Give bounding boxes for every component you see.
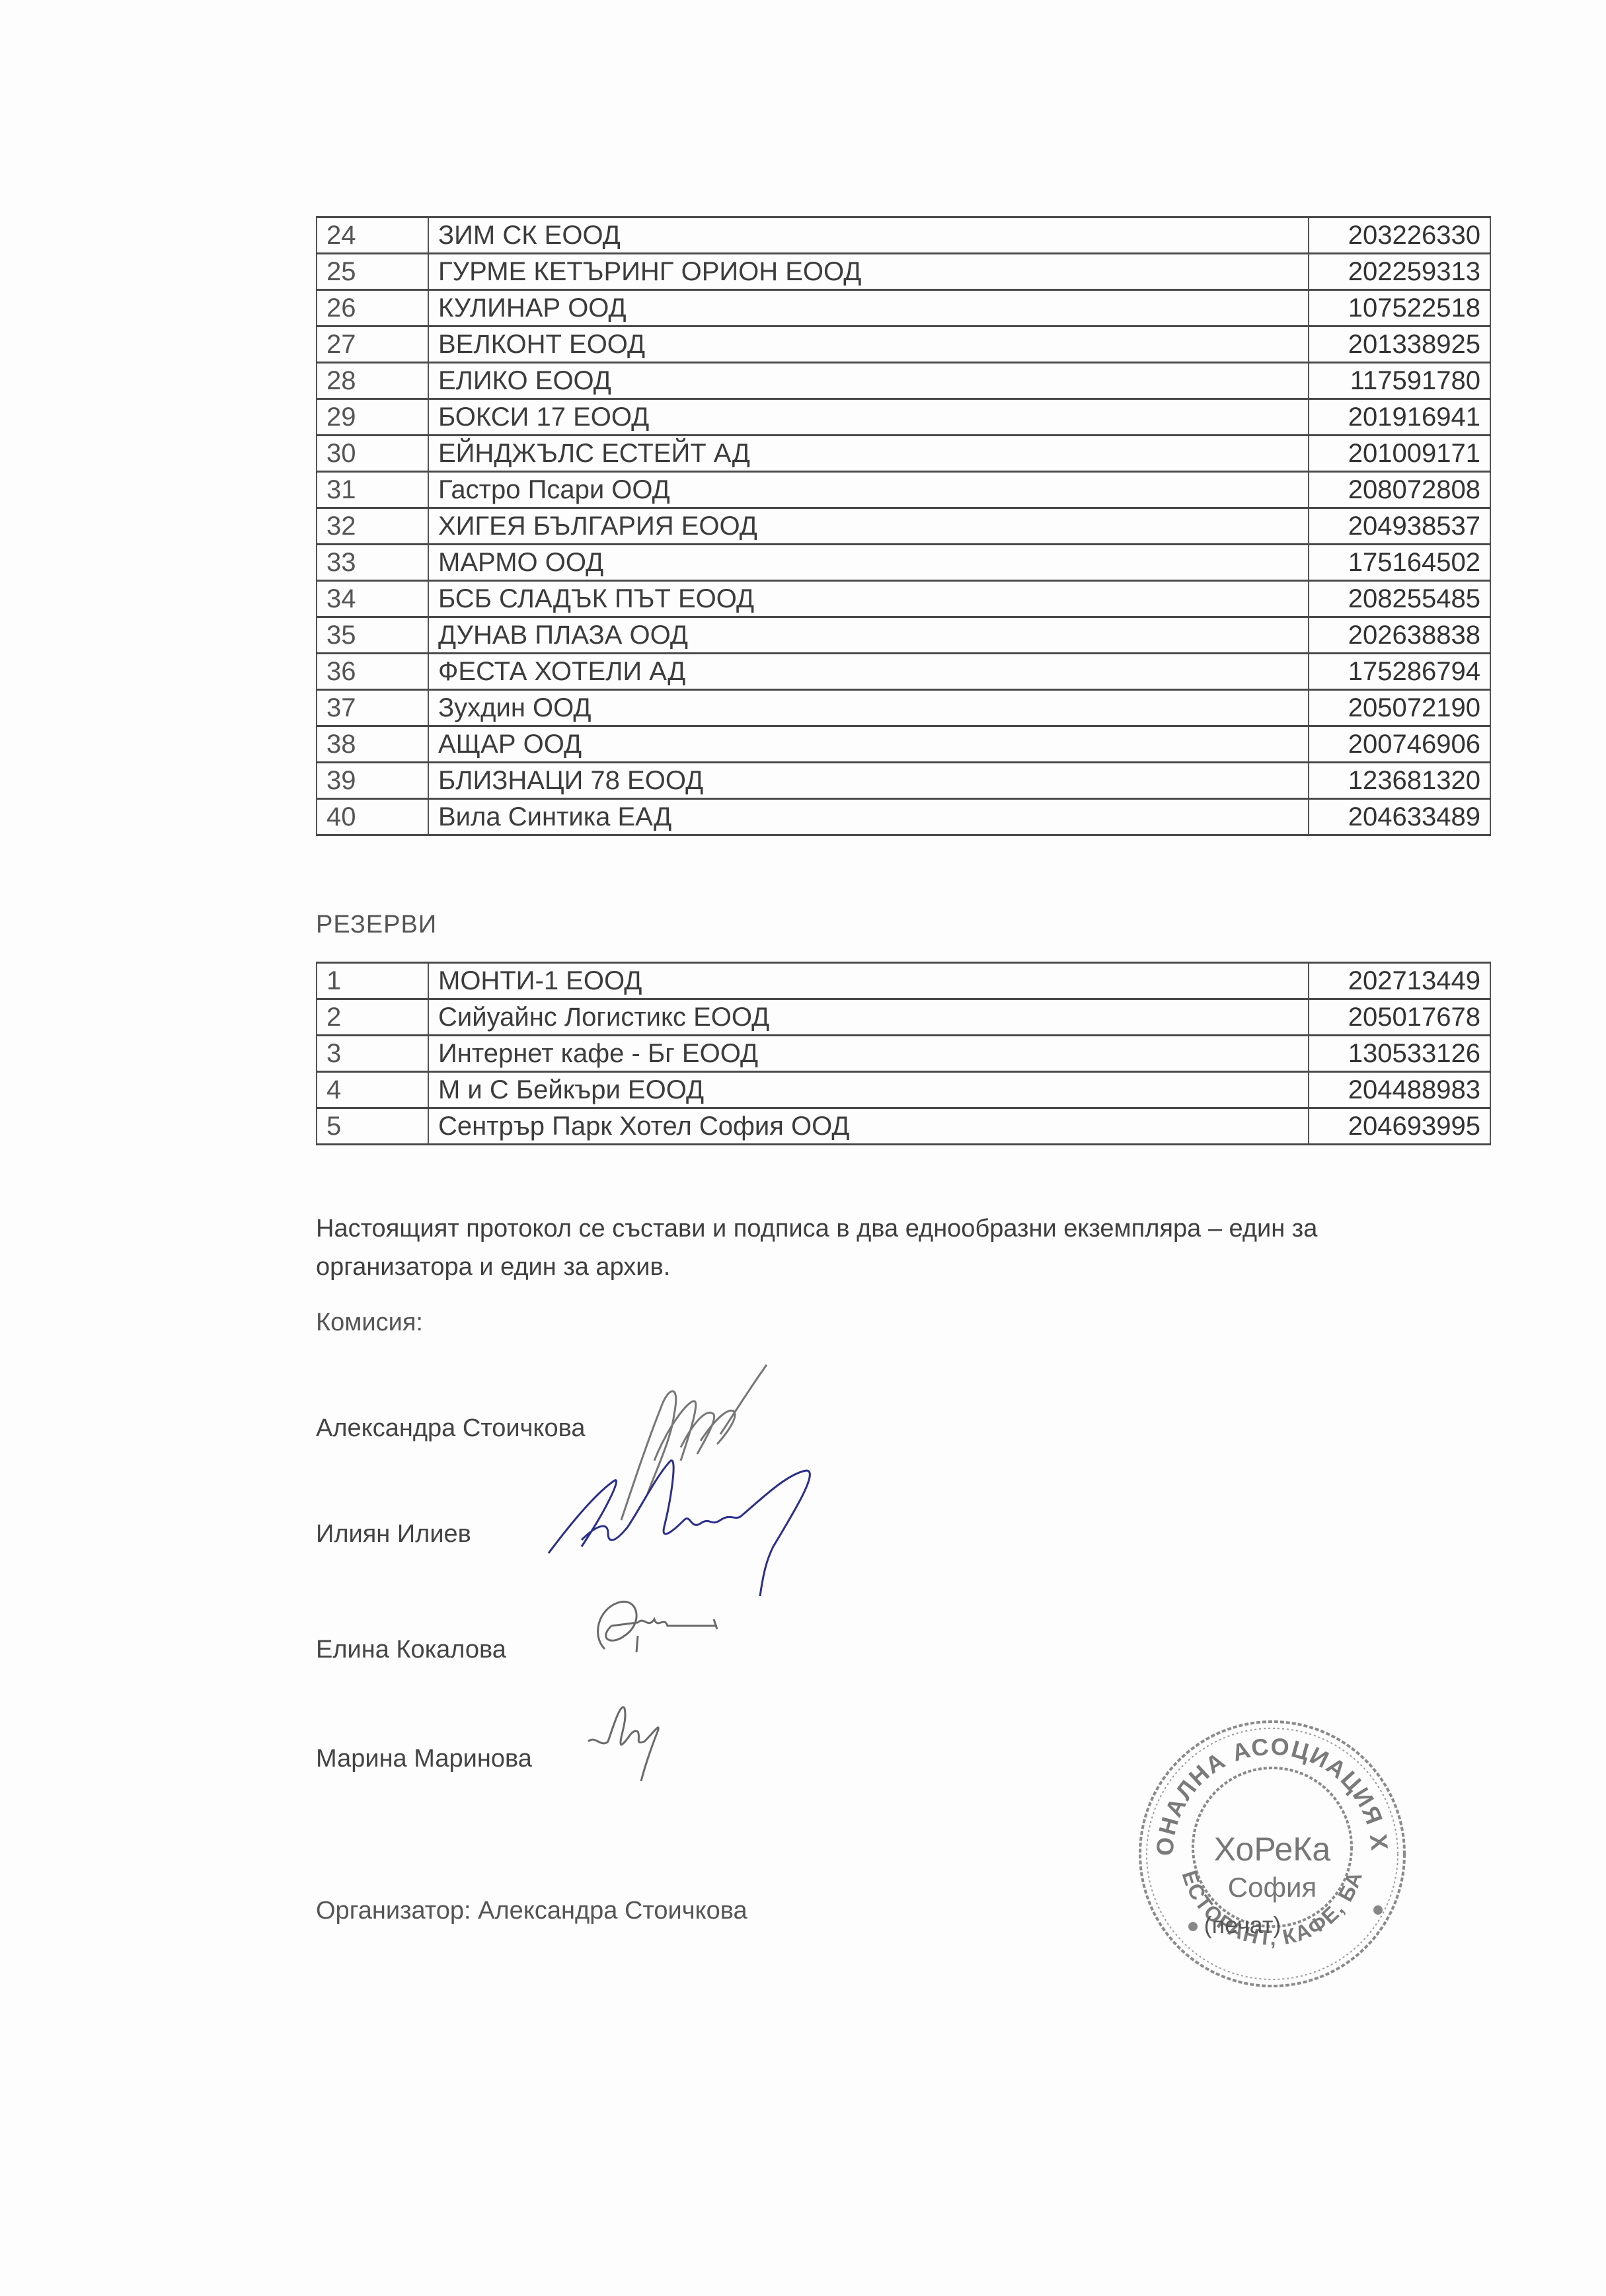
signature-marinova-icon	[582, 1695, 687, 1788]
company-eik: 201338925	[1309, 326, 1490, 363]
row-number: 35	[317, 617, 428, 654]
organizer-line: Организатор: Александра Стоичкова	[316, 1897, 747, 1925]
table-row: 34БСБ СЛАДЪК ПЪТ ЕООД208255485	[317, 581, 1490, 617]
table-row: 38АЩАР ООД200746906	[317, 726, 1490, 763]
table-row: 24ЗИМ СК ЕООД203226330	[317, 217, 1490, 254]
row-number: 25	[317, 254, 428, 290]
svg-text:(печат): (печат)	[1204, 1911, 1281, 1938]
table-row: 32ХИГЕЯ БЪЛГАРИЯ ЕООД204938537	[317, 508, 1490, 545]
company-name: Зухдин ООД	[428, 690, 1309, 726]
table-row: 33МАРМО ООД175164502	[317, 545, 1490, 581]
table-row: 36ФЕСТА ХОТЕЛИ АД175286794	[317, 654, 1490, 690]
row-number: 39	[317, 763, 428, 799]
company-name: М и С Бейкъри ЕООД	[428, 1072, 1309, 1108]
reserves-heading: РЕЗЕРВИ	[316, 911, 437, 939]
svg-text:София: София	[1228, 1872, 1317, 1903]
company-name: БОКСИ 17 ЕООД	[428, 399, 1309, 436]
row-number: 26	[317, 290, 428, 326]
company-name: ВЕЛКОНТ ЕООД	[428, 326, 1309, 363]
company-name: Вила Синтика ЕАД	[428, 799, 1309, 835]
commission-member: Александра Стоичкова	[316, 1414, 585, 1443]
company-name: Гастро Псари ООД	[428, 472, 1309, 508]
company-eik: 202259313	[1309, 254, 1490, 290]
company-eik: 200746906	[1309, 726, 1490, 763]
closing-paragraph: Настоящият протокол се състави и подписа…	[316, 1209, 1439, 1286]
row-number: 24	[317, 217, 428, 254]
document-page: 24ЗИМ СК ЕООД20322633025ГУРМЕ КЕТЪРИНГ О…	[0, 0, 1606, 2296]
company-eik: 175286794	[1309, 654, 1490, 690]
company-eik: 201916941	[1309, 399, 1490, 436]
company-eik: 107522518	[1309, 290, 1490, 326]
company-eik: 208072808	[1309, 472, 1490, 508]
company-eik: 204938537	[1309, 508, 1490, 545]
row-number: 28	[317, 363, 428, 399]
commission-member: Марина Маринова	[316, 1745, 532, 1773]
company-eik: 204693995	[1309, 1108, 1490, 1145]
company-eik: 203226330	[1309, 217, 1490, 254]
commission-label: Комисия:	[316, 1309, 423, 1337]
company-name: ЕЙНДЖЪЛС ЕСТЕЙТ АД	[428, 436, 1309, 472]
row-number: 4	[317, 1072, 428, 1108]
table-row: 2Сийуайнс Логистикс ЕООД205017678	[317, 999, 1490, 1036]
table-row: 30ЕЙНДЖЪЛС ЕСТЕЙТ АД201009171	[317, 436, 1490, 472]
company-eik: 175164502	[1309, 545, 1490, 581]
commission-member: Елина Кокалова	[316, 1636, 506, 1664]
company-name: АЩАР ООД	[428, 726, 1309, 763]
row-number: 5	[317, 1108, 428, 1145]
row-number: 27	[317, 326, 428, 363]
company-eik: 202713449	[1309, 963, 1490, 999]
commission-member: Илиян Илиев	[316, 1520, 471, 1549]
table-row: 25ГУРМЕ КЕТЪРИНГ ОРИОН ЕООД202259313	[317, 254, 1490, 290]
company-name: Сентрър Парк Хотел София ООД	[428, 1108, 1309, 1145]
company-name: Сийуайнс Логистикс ЕООД	[428, 999, 1309, 1036]
table-row: 27ВЕЛКОНТ ЕООД201338925	[317, 326, 1490, 363]
table-row: 28ЕЛИКО ЕООД117591780	[317, 363, 1490, 399]
company-eik: 130533126	[1309, 1036, 1490, 1072]
company-eik: 205072190	[1309, 690, 1490, 726]
row-number: 37	[317, 690, 428, 726]
table-row: 40Вила Синтика ЕАД204633489	[317, 799, 1490, 835]
company-name: БЛИЗНАЦИ 78 ЕООД	[428, 763, 1309, 799]
table-row: 5Сентрър Парк Хотел София ООД204693995	[317, 1108, 1490, 1145]
company-name: ФЕСТА ХОТЕЛИ АД	[428, 654, 1309, 690]
row-number: 38	[317, 726, 428, 763]
company-eik: 202638838	[1309, 617, 1490, 654]
table-row: 1МОНТИ-1 ЕООД202713449	[317, 963, 1490, 999]
signature-iliev-icon	[542, 1447, 820, 1599]
row-number: 36	[317, 654, 428, 690]
company-name: Интернет кафе - Бг ЕООД	[428, 1036, 1309, 1072]
company-eik: 204488983	[1309, 1072, 1490, 1108]
company-name: БСБ СЛАДЪК ПЪТ ЕООД	[428, 581, 1309, 617]
table-row: 37Зухдин ООД205072190	[317, 690, 1490, 726]
row-number: 34	[317, 581, 428, 617]
company-eik: 208255485	[1309, 581, 1490, 617]
svg-text:ХоРеКа: ХоРеКа	[1214, 1831, 1331, 1868]
table-row: 3Интернет кафе - Бг ЕООД130533126	[317, 1036, 1490, 1072]
row-number: 29	[317, 399, 428, 436]
organization-stamp-icon: НАЦИОНАЛНА АСОЦИАЦИЯ ХОТЕЛ, РЕСТОРАНТ, К…	[1127, 1708, 1418, 1999]
row-number: 30	[317, 436, 428, 472]
company-name: ХИГЕЯ БЪЛГАРИЯ ЕООД	[428, 508, 1309, 545]
company-name: МАРМО ООД	[428, 545, 1309, 581]
company-name: ГУРМЕ КЕТЪРИНГ ОРИОН ЕООД	[428, 254, 1309, 290]
row-number: 3	[317, 1036, 428, 1072]
table-row: 31Гастро Псари ООД208072808	[317, 472, 1490, 508]
participants-table: 24ЗИМ СК ЕООД20322633025ГУРМЕ КЕТЪРИНГ О…	[316, 216, 1491, 836]
signature-kokalova-icon	[585, 1589, 730, 1669]
table-row: 4М и С Бейкъри ЕООД204488983	[317, 1072, 1490, 1108]
table-row: 39БЛИЗНАЦИ 78 ЕООД123681320	[317, 763, 1490, 799]
row-number: 32	[317, 508, 428, 545]
company-eik: 123681320	[1309, 763, 1490, 799]
row-number: 33	[317, 545, 428, 581]
table-row: 29БОКСИ 17 ЕООД201916941	[317, 399, 1490, 436]
company-eik: 204633489	[1309, 799, 1490, 835]
row-number: 31	[317, 472, 428, 508]
company-eik: 201009171	[1309, 436, 1490, 472]
table-row: 35ДУНАВ ПЛАЗА ООД202638838	[317, 617, 1490, 654]
row-number: 2	[317, 999, 428, 1036]
company-eik: 117591780	[1309, 363, 1490, 399]
table-row: 26КУЛИНАР ООД107522518	[317, 290, 1490, 326]
reserves-table: 1МОНТИ-1 ЕООД2027134492Сийуайнс Логистик…	[316, 962, 1491, 1145]
company-name: КУЛИНАР ООД	[428, 290, 1309, 326]
company-eik: 205017678	[1309, 999, 1490, 1036]
company-name: ДУНАВ ПЛАЗА ООД	[428, 617, 1309, 654]
row-number: 40	[317, 799, 428, 835]
company-name: ЗИМ СК ЕООД	[428, 217, 1309, 254]
company-name: МОНТИ-1 ЕООД	[428, 963, 1309, 999]
company-name: ЕЛИКО ЕООД	[428, 363, 1309, 399]
row-number: 1	[317, 963, 428, 999]
